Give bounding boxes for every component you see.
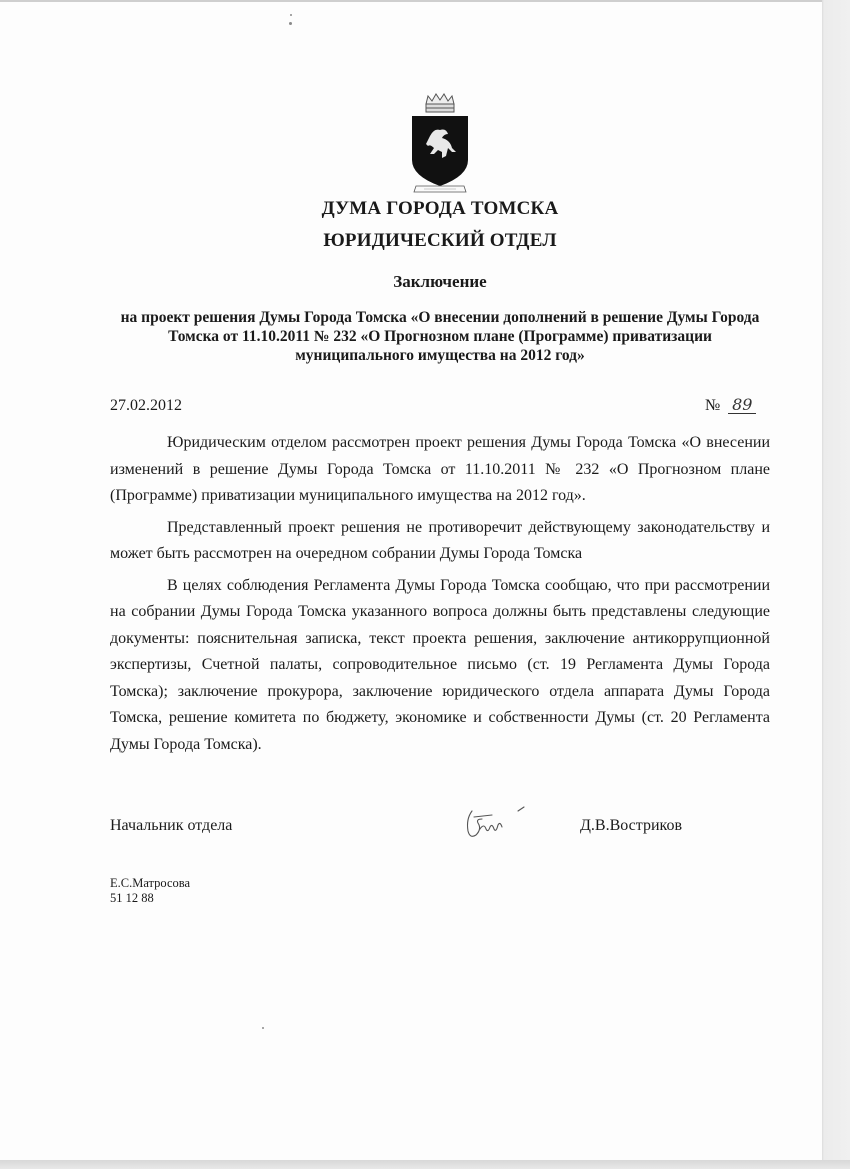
document-page: ДУМА ГОРОДА ТОМСКА ЮРИДИЧЕСКИЙ ОТДЕЛ Зак… (0, 0, 822, 1160)
scan-edge-bottom (0, 1160, 850, 1169)
executor-name: Е.С.Матросова (110, 876, 190, 891)
handwritten-signature-icon (452, 803, 532, 847)
scan-speck (290, 14, 292, 16)
scan-speck (262, 1027, 264, 1029)
signer-name: Д.В.Востриков (580, 817, 682, 835)
number-value: 89 (728, 397, 756, 414)
signer-position: Начальник отдела (110, 817, 232, 835)
paragraph-requirements: В целях соблюдения Регламента Думы Город… (110, 573, 770, 759)
document-date: 27.02.2012 (110, 397, 182, 415)
paragraph-conclusion: Представленный проект решения не противо… (110, 515, 770, 568)
organization-name: ДУМА ГОРОДА ТОМСКА (110, 198, 770, 220)
document-type: Заключение (110, 272, 770, 292)
paragraph-review: Юридическим отделом рассмотрен проект ре… (110, 430, 770, 510)
coat-of-arms-icon (406, 92, 474, 196)
signature-block: Начальник отдела Д.В.Востриков (110, 817, 750, 857)
scan-edge-top (0, 0, 850, 2)
scan-edge-right (822, 0, 850, 1169)
document-body: Юридическим отделом рассмотрен проект ре… (110, 430, 770, 763)
document-subject: на проект решения Думы Города Томска «О … (108, 308, 772, 365)
executor-block: Е.С.Матросова 51 12 88 (110, 876, 190, 906)
executor-phone: 51 12 88 (110, 891, 190, 906)
scan-speck (289, 22, 292, 25)
document-number: № 89 (705, 397, 756, 415)
number-label: № (705, 397, 720, 414)
department-name: ЮРИДИЧЕСКИЙ ОТДЕЛ (110, 230, 770, 252)
